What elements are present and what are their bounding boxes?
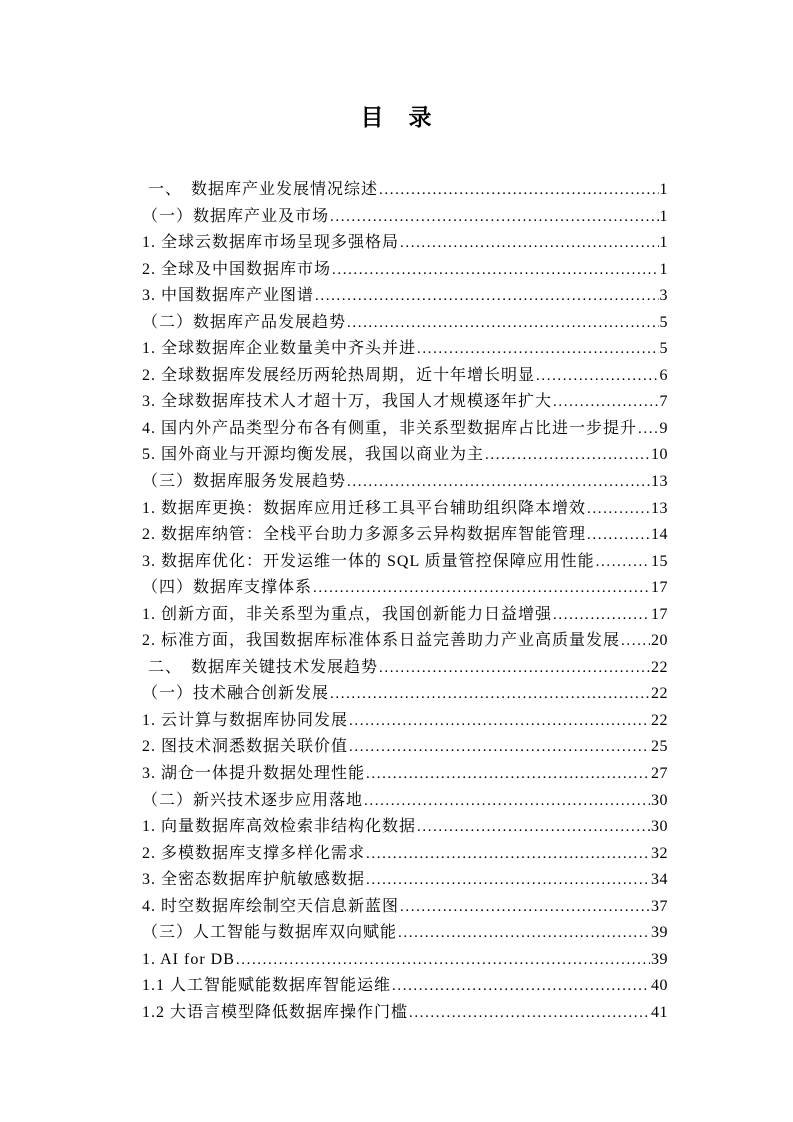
toc-leader-dots xyxy=(330,204,658,231)
toc-entry-label: 1. 全球数据库企业数量美中齐头并进 xyxy=(142,336,416,363)
toc-entry[interactable]: 2. 全球数据库发展经历两轮热周期，近十年增长明显6 xyxy=(142,363,668,390)
toc-entry-label: （一）数据库产业及市场 xyxy=(142,204,329,231)
toc-entry-page: 37 xyxy=(650,894,668,921)
toc-leader-dots xyxy=(400,230,658,257)
toc-leader-dots xyxy=(332,257,658,284)
toc-entry[interactable]: 1. 全球云数据库市场呈现多强格局1 xyxy=(142,230,668,257)
toc-leader-dots xyxy=(313,575,650,602)
toc-entry-page: 6 xyxy=(659,363,669,390)
toc-leader-dots xyxy=(417,814,650,841)
toc-entry[interactable]: 2. 标准方面，我国数据库标准体系日益完善助力产业高质量发展20 xyxy=(142,628,668,655)
toc-entry-page: 30 xyxy=(650,788,668,815)
toc-entry-page: 13 xyxy=(650,469,668,496)
toc-entry-label: 5. 国外商业与开源均衡发展，我国以商业为主 xyxy=(142,442,484,469)
toc-entry-page: 7 xyxy=(659,389,669,416)
toc-list: 一、 数据库产业发展情况综述1（一）数据库产业及市场11. 全球云数据库市场呈现… xyxy=(142,177,668,1027)
toc-entry-label: （四）数据库支撑体系 xyxy=(142,575,312,602)
toc-leader-dots xyxy=(349,734,650,761)
toc-leader-dots xyxy=(596,549,650,576)
toc-entry-page: 22 xyxy=(650,708,668,735)
toc-entry[interactable]: 一、 数据库产业发展情况综述1 xyxy=(142,177,668,204)
toc-entry[interactable]: 1.1 人工智能赋能数据库智能运维40 xyxy=(142,973,668,1000)
toc-entry-label: 2. 数据库纳管：全栈平台助力多源多云异构数据库智能管理 xyxy=(142,522,586,549)
toc-leader-dots xyxy=(236,947,650,974)
toc-leader-dots xyxy=(398,920,650,947)
toc-entry[interactable]: 1. 数据库更换：数据库应用迁移工具平台辅助组织降本增效13 xyxy=(142,496,668,523)
toc-entry[interactable]: 5. 国外商业与开源均衡发展，我国以商业为主10 xyxy=(142,442,668,469)
toc-entry[interactable]: 1. 全球数据库企业数量美中齐头并进5 xyxy=(142,336,668,363)
toc-entry[interactable]: 1.2 大语言模型降低数据库操作门槛41 xyxy=(142,1000,668,1027)
toc-entry-label: （二）新兴技术逐步应用落地 xyxy=(142,788,363,815)
toc-entry-page: 14 xyxy=(650,522,668,549)
toc-entry[interactable]: 1. AI for DB39 xyxy=(142,947,668,974)
toc-entry-page: 34 xyxy=(650,867,668,894)
toc-entry[interactable]: （一）数据库产业及市场1 xyxy=(142,204,668,231)
toc-entry-page: 13 xyxy=(650,496,668,523)
toc-leader-dots xyxy=(347,310,658,337)
toc-entry[interactable]: 2. 全球及中国数据库市场1 xyxy=(142,257,668,284)
toc-leader-dots xyxy=(400,894,650,921)
toc-entry-label: 1. AI for DB xyxy=(142,947,235,974)
toc-entry[interactable]: （三）人工智能与数据库双向赋能39 xyxy=(142,920,668,947)
toc-entry[interactable]: 3. 全密态数据库护航敏感数据34 xyxy=(142,867,668,894)
toc-leader-dots xyxy=(315,283,658,310)
toc-entry-label: 3. 湖仓一体提升数据处理性能 xyxy=(142,761,365,788)
toc-entry-page: 27 xyxy=(650,761,668,788)
toc-leader-dots xyxy=(621,628,650,655)
toc-entry-label: 4. 时空数据库绘制空天信息新蓝图 xyxy=(142,894,399,921)
toc-entry-label: 1. 向量数据库高效检索非结构化数据 xyxy=(142,814,416,841)
toc-entry[interactable]: 二、 数据库关键技术发展趋势22 xyxy=(142,655,668,682)
toc-entry-page: 39 xyxy=(650,947,668,974)
toc-entry[interactable]: 1. 云计算与数据库协同发展22 xyxy=(142,708,668,735)
toc-entry-page: 1 xyxy=(659,204,669,231)
toc-leader-dots xyxy=(379,177,658,204)
toc-leader-dots xyxy=(485,442,650,469)
toc-entry[interactable]: 1. 向量数据库高效检索非结构化数据30 xyxy=(142,814,668,841)
toc-entry-label: （三）人工智能与数据库双向赋能 xyxy=(142,920,397,947)
toc-entry-label: 1. 数据库更换：数据库应用迁移工具平台辅助组织降本增效 xyxy=(142,496,586,523)
toc-entry-page: 22 xyxy=(650,681,668,708)
toc-entry[interactable]: 3. 湖仓一体提升数据处理性能27 xyxy=(142,761,668,788)
toc-entry-page: 5 xyxy=(659,310,669,337)
toc-entry-page: 10 xyxy=(650,442,668,469)
toc-leader-dots xyxy=(347,469,650,496)
toc-leader-dots xyxy=(553,389,658,416)
toc-entry[interactable]: 2. 图技术洞悉数据关联价值25 xyxy=(142,734,668,761)
toc-entry-label: 3. 全密态数据库护航敏感数据 xyxy=(142,867,365,894)
toc-entry-label: 2. 标准方面，我国数据库标准体系日益完善助力产业高质量发展 xyxy=(142,628,620,655)
toc-entry[interactable]: 2. 多模数据库支撑多样化需求32 xyxy=(142,841,668,868)
toc-entry-page: 30 xyxy=(650,814,668,841)
toc-entry-page: 5 xyxy=(659,336,669,363)
toc-leader-dots xyxy=(409,1000,650,1027)
toc-entry-label: 2. 全球及中国数据库市场 xyxy=(142,257,331,284)
toc-entry-page: 25 xyxy=(650,734,668,761)
toc-entry-label: 4. 国内外产品类型分布各有侧重，非关系型数据库占比进一步提升 xyxy=(142,416,637,443)
toc-entry-page: 3 xyxy=(659,283,669,310)
toc-entry-label: 一、 数据库产业发展情况综述 xyxy=(148,177,378,204)
toc-entry-label: 1.1 人工智能赋能数据库智能运维 xyxy=(142,973,391,1000)
toc-leader-dots xyxy=(417,336,658,363)
toc-entry-page: 40 xyxy=(650,973,668,1000)
toc-leader-dots xyxy=(366,867,650,894)
toc-leader-dots xyxy=(392,973,650,1000)
toc-entry[interactable]: 3. 全球数据库技术人才超十万，我国人才规模逐年扩大7 xyxy=(142,389,668,416)
toc-entry-page: 20 xyxy=(650,628,668,655)
toc-entry[interactable]: 2. 数据库纳管：全栈平台助力多源多云异构数据库智能管理14 xyxy=(142,522,668,549)
toc-entry[interactable]: 1. 创新方面，非关系型为重点，我国创新能力日益增强17 xyxy=(142,602,668,629)
toc-entry-page: 9 xyxy=(659,416,669,443)
toc-leader-dots xyxy=(536,363,658,390)
toc-entry-label: （二）数据库产品发展趋势 xyxy=(142,310,346,337)
toc-entry-label: 1.2 大语言模型降低数据库操作门槛 xyxy=(142,1000,408,1027)
toc-entry-label: 3. 中国数据库产业图谱 xyxy=(142,283,314,310)
toc-entry-page: 1 xyxy=(659,257,669,284)
toc-leader-dots xyxy=(587,522,650,549)
toc-entry-label: 1. 全球云数据库市场呈现多强格局 xyxy=(142,230,399,257)
toc-leader-dots xyxy=(587,496,650,523)
toc-entry-page: 39 xyxy=(650,920,668,947)
toc-entry-label: 1. 云计算与数据库协同发展 xyxy=(142,708,348,735)
toc-entry-page: 1 xyxy=(659,177,669,204)
document-page: 目 录 一、 数据库产业发展情况综述1（一）数据库产业及市场11. 全球云数据库… xyxy=(0,0,793,1122)
toc-entry-label: 2. 全球数据库发展经历两轮热周期，近十年增长明显 xyxy=(142,363,535,390)
toc-entry-label: 3. 数据库优化：开发运维一体的 SQL 质量管控保障应用性能 xyxy=(142,549,595,576)
toc-entry-page: 32 xyxy=(650,841,668,868)
toc-entry[interactable]: 3. 数据库优化：开发运维一体的 SQL 质量管控保障应用性能15 xyxy=(142,549,668,576)
toc-leader-dots xyxy=(638,416,658,443)
toc-entry[interactable]: 4. 时空数据库绘制空天信息新蓝图37 xyxy=(142,894,668,921)
toc-leader-dots xyxy=(349,708,650,735)
toc-entry-label: 1. 创新方面，非关系型为重点，我国创新能力日益增强 xyxy=(142,602,552,629)
toc-entry-label: 2. 图技术洞悉数据关联价值 xyxy=(142,734,348,761)
toc-entry[interactable]: （二）数据库产品发展趋势5 xyxy=(142,310,668,337)
toc-entry-label: 2. 多模数据库支撑多样化需求 xyxy=(142,841,365,868)
toc-entry-label: 3. 全球数据库技术人才超十万，我国人才规模逐年扩大 xyxy=(142,389,552,416)
toc-entry-page: 22 xyxy=(650,655,668,682)
toc-leader-dots xyxy=(366,841,650,868)
toc-entry[interactable]: （四）数据库支撑体系17 xyxy=(142,575,668,602)
toc-entry-label: （一）技术融合创新发展 xyxy=(142,681,329,708)
toc-title: 目 录 xyxy=(0,99,793,132)
toc-entry-page: 17 xyxy=(650,575,668,602)
toc-entry-label: （三）数据库服务发展趋势 xyxy=(142,469,346,496)
toc-leader-dots xyxy=(379,655,650,682)
toc-entry[interactable]: （二）新兴技术逐步应用落地30 xyxy=(142,788,668,815)
toc-leader-dots xyxy=(366,761,650,788)
toc-entry-label: 二、 数据库关键技术发展趋势 xyxy=(148,655,378,682)
toc-entry-page: 1 xyxy=(659,230,669,257)
toc-leader-dots xyxy=(330,681,650,708)
toc-entry[interactable]: 4. 国内外产品类型分布各有侧重，非关系型数据库占比进一步提升9 xyxy=(142,416,668,443)
toc-entry[interactable]: （三）数据库服务发展趋势13 xyxy=(142,469,668,496)
toc-entry-page: 41 xyxy=(650,1000,668,1027)
toc-entry-page: 17 xyxy=(650,602,668,629)
toc-leader-dots xyxy=(553,602,650,629)
toc-entry[interactable]: 3. 中国数据库产业图谱3 xyxy=(142,283,668,310)
toc-leader-dots xyxy=(364,788,650,815)
toc-entry[interactable]: （一）技术融合创新发展22 xyxy=(142,681,668,708)
toc-entry-page: 15 xyxy=(650,549,668,576)
